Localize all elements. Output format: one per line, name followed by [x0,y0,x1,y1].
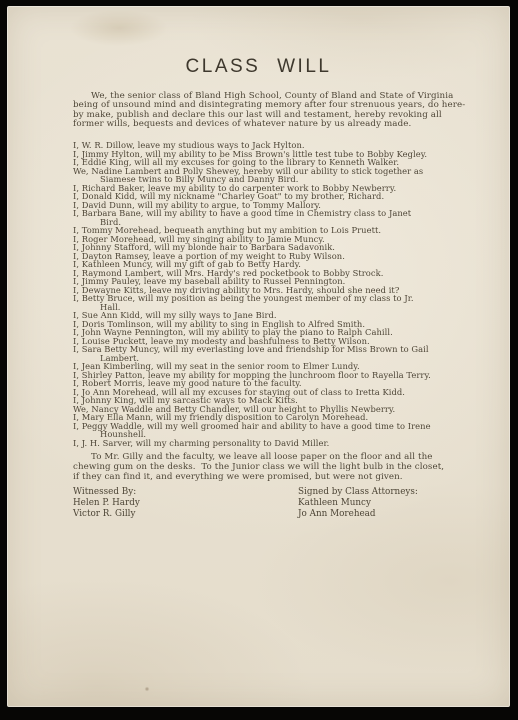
page-title: CLASS WILL [7,56,510,78]
bequest-item: We, Nadine Lambert and Polly Shewey, her… [73,167,431,184]
witness-column: Witnessed By: Helen P. HardyVictor R. Gi… [73,487,140,520]
attorney-heading: Signed by Class Attorneys: [298,487,418,498]
photo-background: CLASS WILL We, the senior class of Bland… [0,0,518,720]
intro-line: former wills, bequests and devices of wh… [73,120,465,129]
attorney-column: Signed by Class Attorneys: Kathleen Munc… [298,487,418,520]
closing-paragraph: To Mr. Gilly and the faculty, we leave a… [73,453,444,482]
attorney-name: Jo Ann Morehead [298,509,418,520]
bequest-item: I, Peggy Waddle, will my well groomed ha… [73,422,431,439]
attorney-names: Kathleen MuncyJo Ann Morehead [298,498,418,520]
witness-name: Victor R. Gilly [73,509,140,520]
witness-names: Helen P. HardyVictor R. Gilly [73,498,140,520]
witness-heading: Witnessed By: [73,487,140,498]
bequest-list: I, W. R. Dillow, leave my studious ways … [73,141,431,447]
bequest-item: I, Sara Betty Muncy, will my everlasting… [73,345,431,362]
attorney-name: Kathleen Muncy [298,498,418,509]
intro-paragraph: We, the senior class of Bland High Schoo… [73,92,465,130]
witness-name: Helen P. Hardy [73,498,140,509]
bequest-item: I, Barbara Bane, will my ability to have… [73,209,431,226]
document-page: CLASS WILL We, the senior class of Bland… [7,6,510,707]
bequest-item: I, Betty Bruce, will my position as bein… [73,294,431,311]
closing-line: if they can find it, and everything we w… [73,473,444,483]
bequest-item: I, J. H. Sarver, will my charming person… [73,439,431,448]
